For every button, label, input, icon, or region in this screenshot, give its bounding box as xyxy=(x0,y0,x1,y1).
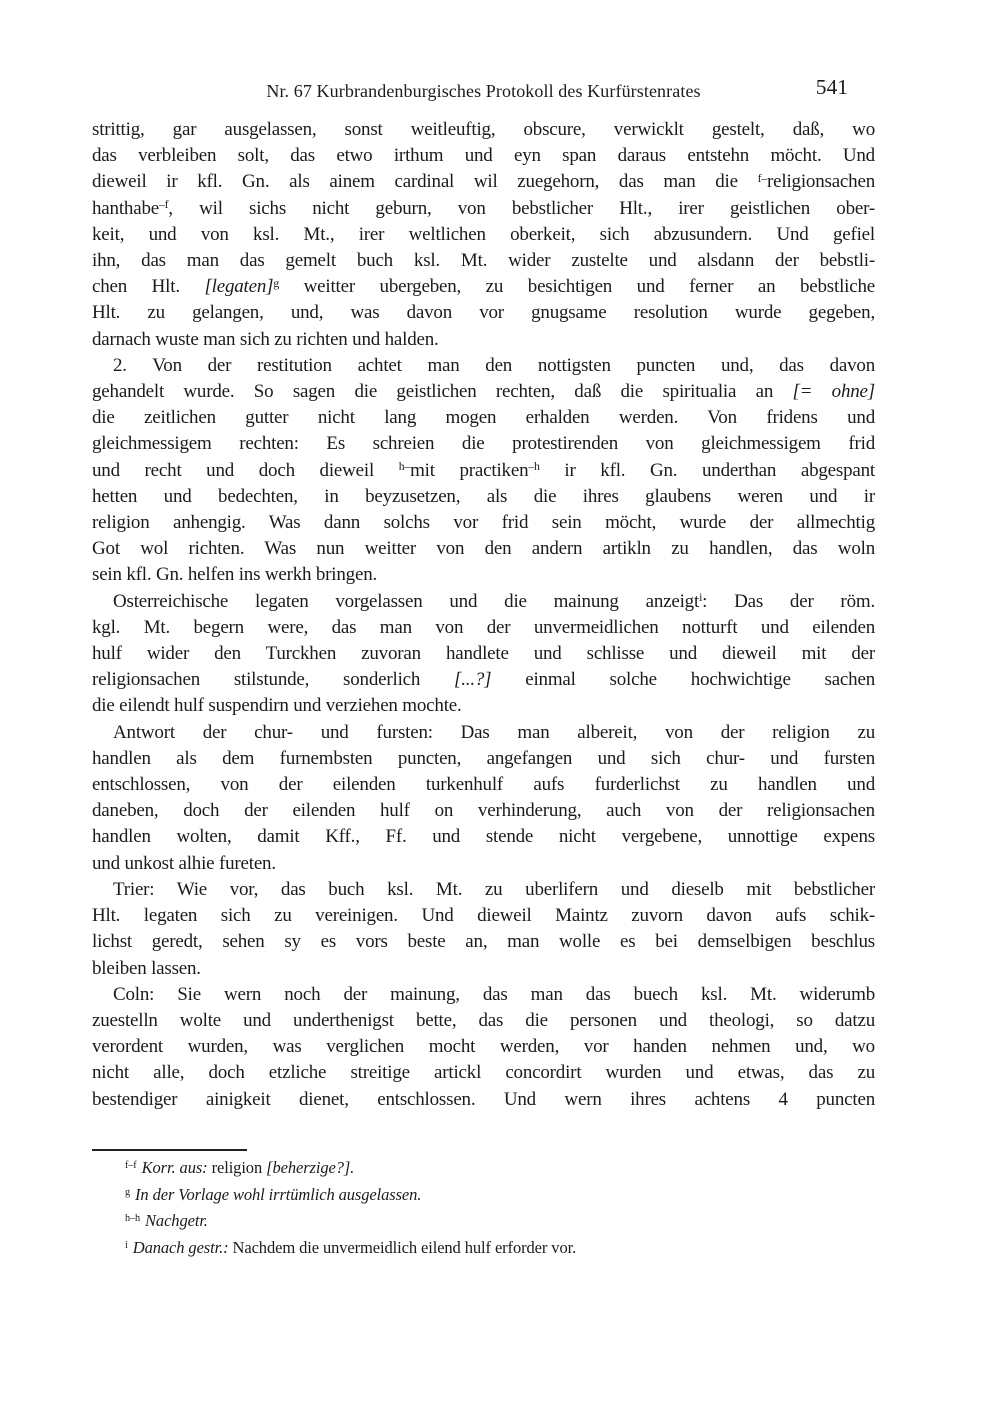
text-run: Coln: Sie wern noch der mainung, das man… xyxy=(113,984,875,1005)
text-line: die eilendt hulf suspendirn und verziehe… xyxy=(92,693,875,719)
text-line: sein kfl. Gn. helfen ins werkh bringen. xyxy=(92,562,875,588)
text-run: weitter ubergeben, zu besichtigen und fe… xyxy=(279,276,875,297)
text-run: chen Hlt. xyxy=(92,276,204,297)
text-run: nicht alle, doch etzliche streitige arti… xyxy=(92,1062,875,1083)
footnote: gIn der Vorlage wohl irrtümlich ausgelas… xyxy=(92,1182,875,1209)
paragraph: Osterreichische legaten vorgelassen und … xyxy=(92,589,875,720)
text-run: ihn, das man das gemelt buch ksl. Mt. wi… xyxy=(92,250,875,271)
footnote-reference: g xyxy=(273,277,279,290)
text-run: religion anhengig. Was dann solchs vor f… xyxy=(92,512,875,533)
text-line: gleichmessigem rechten: Es schreien die … xyxy=(92,431,875,457)
text-run: gleichmessigem rechten: Es schreien die … xyxy=(92,433,875,454)
text-line: hulf wider den Turckhen zuvoran handlete… xyxy=(92,641,875,667)
footnote-separator xyxy=(92,1149,247,1151)
text-run: strittig, gar ausgelassen, sonst weitleu… xyxy=(92,119,875,140)
text-run: dieweil ir kfl. Gn. als ainem cardinal w… xyxy=(92,171,758,192)
text-run: Antwort der chur- und fursten: Das man a… xyxy=(113,722,875,743)
text-line: lichst geredt, sehen sy es vors beste an… xyxy=(92,929,875,955)
text-run: bestendiger ainigkeit dienet, entschloss… xyxy=(92,1089,875,1110)
text-run: die eilendt hulf suspendirn und verziehe… xyxy=(92,695,462,716)
text-run: einmal solche hochwichtige sachen xyxy=(491,669,875,690)
text-run: daneben, doch der eilenden hulf on verhi… xyxy=(92,800,875,821)
text-run: zuestelln wolte und underthenigst bette,… xyxy=(92,1010,875,1031)
text-line: strittig, gar ausgelassen, sonst weitleu… xyxy=(92,117,875,143)
text-run: handlen wolten, damit Kff., Ff. und sten… xyxy=(92,826,875,847)
text-run: religion xyxy=(208,1158,267,1177)
footnote: f–fKorr. aus: religion [beherzige?]. xyxy=(92,1155,875,1182)
text-line: chen Hlt. [legaten]g weitter ubergeben, … xyxy=(92,274,875,300)
text-line: und unkost alhie fureten. xyxy=(92,851,875,877)
text-line: das verbleiben solt, das etwo irthum und… xyxy=(92,143,875,169)
footnote-reference: f– xyxy=(758,172,767,185)
text-run: religionsachen stilstunde, sonderlich xyxy=(92,669,454,690)
footnote-marker: g xyxy=(125,1187,130,1198)
editorial-insertion: [beherzige?]. xyxy=(266,1158,354,1177)
text-line: Coln: Sie wern noch der mainung, das man… xyxy=(92,982,875,1008)
text-line: darnach wuste man sich zu richten und ha… xyxy=(92,327,875,353)
editorial-insertion: Danach gestr.: xyxy=(133,1238,229,1257)
text-line: religionsachen stilstunde, sonderlich [.… xyxy=(92,667,875,693)
text-run: Trier: Wie vor, das buch ksl. Mt. zu ube… xyxy=(113,879,875,900)
text-line: bestendiger ainigkeit dienet, entschloss… xyxy=(92,1087,875,1113)
paragraph: 2. Von der restitution achtet man den no… xyxy=(92,353,875,589)
text-line: Osterreichische legaten vorgelassen und … xyxy=(92,589,875,615)
text-run: Hlt. legaten sich zu vereinigen. Und die… xyxy=(92,905,875,926)
footnotes: f–fKorr. aus: religion [beherzige?].gIn … xyxy=(92,1155,875,1261)
text-run: entschlossen, von der eilenden turkenhul… xyxy=(92,774,875,795)
text-line: hanthabe–f, wil sichs nicht geburn, von … xyxy=(92,196,875,222)
text-line: bleiben lassen. xyxy=(92,956,875,982)
text-line: Got wol richten. Was nun weitter von den… xyxy=(92,536,875,562)
text-line: die zeitlichen gutter nicht lang mogen e… xyxy=(92,405,875,431)
book-page: Nr. 67 Kurbrandenburgisches Protokoll de… xyxy=(0,0,1004,1418)
footnote-reference: h– xyxy=(399,460,410,473)
text-run: keit, und von ksl. Mt., irer weltlichen … xyxy=(92,224,875,245)
page-number: 541 xyxy=(816,75,848,100)
text-run: das verbleiben solt, das etwo irthum und… xyxy=(92,145,875,166)
editorial-insertion: [...?] xyxy=(454,669,491,690)
editorial-insertion: In der Vorlage wohl irrtümlich ausgelass… xyxy=(135,1185,421,1204)
footnote-reference: –h xyxy=(528,460,539,473)
text-line: keit, und von ksl. Mt., irer weltlichen … xyxy=(92,222,875,248)
text-run: hanthabe xyxy=(92,198,159,219)
text-run: darnach wuste man sich zu richten und ha… xyxy=(92,329,439,350)
text-line: daneben, doch der eilenden hulf on verhi… xyxy=(92,798,875,824)
footnote-reference: –f xyxy=(159,198,168,211)
text-line: dieweil ir kfl. Gn. als ainem cardinal w… xyxy=(92,169,875,195)
text-run: lichst geredt, sehen sy es vors beste an… xyxy=(92,931,875,952)
text-line: kgl. Mt. begern were, das man von der un… xyxy=(92,615,875,641)
text-run: gehandelt wurde. So sagen die geistliche… xyxy=(92,381,792,402)
editorial-insertion: Nachgetr. xyxy=(145,1211,208,1230)
text-run: religionsachen xyxy=(767,171,875,192)
footnote-marker: i xyxy=(125,1240,128,1251)
footnote-marker: f–f xyxy=(125,1160,137,1171)
paragraph: strittig, gar ausgelassen, sonst weitleu… xyxy=(92,117,875,353)
body-text: strittig, gar ausgelassen, sonst weitleu… xyxy=(92,117,875,1113)
text-line: ihn, das man das gemelt buch ksl. Mt. wi… xyxy=(92,248,875,274)
text-run: Hlt. zu gelangen, und, was davon vor gnu… xyxy=(92,302,875,323)
text-run: mit practiken xyxy=(410,460,528,481)
editorial-insertion: [= ohne] xyxy=(792,381,875,402)
text-line: und recht und doch dieweil h–mit practik… xyxy=(92,458,875,484)
text-run: und unkost alhie fureten. xyxy=(92,853,276,874)
text-line: entschlossen, von der eilenden turkenhul… xyxy=(92,772,875,798)
paragraph: Antwort der chur- und fursten: Das man a… xyxy=(92,720,875,877)
text-line: nicht alle, doch etzliche streitige arti… xyxy=(92,1060,875,1086)
text-run: hetten und bedechten, in beyzusetzen, al… xyxy=(92,486,875,507)
text-run: Osterreichische legaten vorgelassen und … xyxy=(113,591,699,612)
text-line: religion anhengig. Was dann solchs vor f… xyxy=(92,510,875,536)
text-run: bleiben lassen. xyxy=(92,958,201,979)
text-run: , wil sichs nicht geburn, von bebstliche… xyxy=(168,198,875,219)
text-line: handlen als dem furnembsten puncten, ang… xyxy=(92,746,875,772)
text-line: handlen wolten, damit Kff., Ff. und sten… xyxy=(92,824,875,850)
footnote: iDanach gestr.: Nachdem die unvermeidlic… xyxy=(92,1235,875,1262)
text-line: Trier: Wie vor, das buch ksl. Mt. zu ube… xyxy=(92,877,875,903)
text-line: Antwort der chur- und fursten: Das man a… xyxy=(92,720,875,746)
text-line: 2. Von der restitution achtet man den no… xyxy=(92,353,875,379)
paragraph: Coln: Sie wern noch der mainung, das man… xyxy=(92,982,875,1113)
text-run: handlen als dem furnembsten puncten, ang… xyxy=(92,748,875,769)
text-run: ir kfl. Gn. underthan abgespant xyxy=(540,460,875,481)
footnote: h–hNachgetr. xyxy=(92,1208,875,1235)
text-run: verordent wurden, was verglichen mocht w… xyxy=(92,1036,875,1057)
running-header: Nr. 67 Kurbrandenburgisches Protokoll de… xyxy=(92,81,875,102)
footnote-reference: i xyxy=(699,591,702,604)
text-line: gehandelt wurde. So sagen die geistliche… xyxy=(92,379,875,405)
text-run: Got wol richten. Was nun weitter von den… xyxy=(92,538,875,559)
text-run: 2. Von der restitution achtet man den no… xyxy=(113,355,875,376)
text-run: die zeitlichen gutter nicht lang mogen e… xyxy=(92,407,875,428)
text-line: Hlt. zu gelangen, und, was davon vor gnu… xyxy=(92,300,875,326)
footnote-marker: h–h xyxy=(125,1213,140,1224)
paragraph: Trier: Wie vor, das buch ksl. Mt. zu ube… xyxy=(92,877,875,982)
text-line: zuestelln wolte und underthenigst bette,… xyxy=(92,1008,875,1034)
text-run: und recht und doch dieweil xyxy=(92,460,399,481)
text-run: kgl. Mt. begern were, das man von der un… xyxy=(92,617,875,638)
editorial-insertion: Korr. aus: xyxy=(142,1158,208,1177)
text-line: verordent wurden, was verglichen mocht w… xyxy=(92,1034,875,1060)
text-run: hulf wider den Turckhen zuvoran handlete… xyxy=(92,643,875,664)
text-run: : Das der röm. xyxy=(702,591,875,612)
text-run: sein kfl. Gn. helfen ins werkh bringen. xyxy=(92,564,377,585)
text-run: Nachdem die unvermeidlich eilend hulf er… xyxy=(229,1238,577,1257)
text-line: Hlt. legaten sich zu vereinigen. Und die… xyxy=(92,903,875,929)
editorial-insertion: [legaten] xyxy=(204,276,273,297)
text-line: hetten und bedechten, in beyzusetzen, al… xyxy=(92,484,875,510)
